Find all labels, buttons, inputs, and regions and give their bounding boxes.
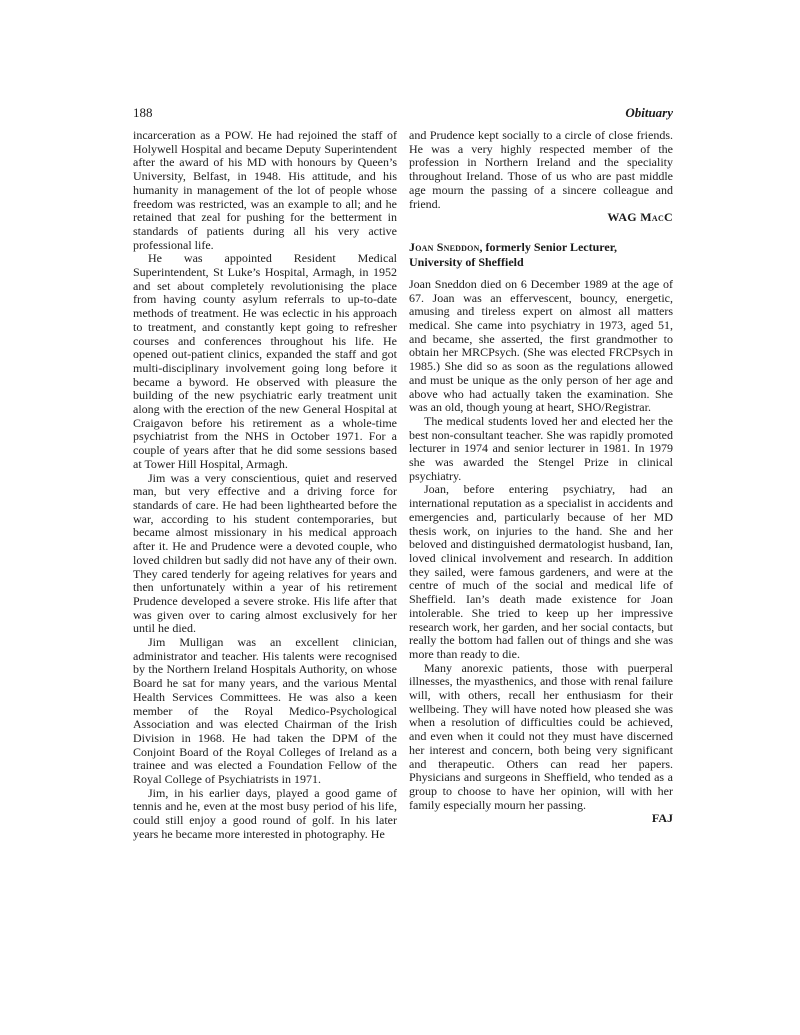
right-column: and Prudence kept socially to a circle o… xyxy=(409,129,673,842)
obituary-heading-affiliation: University of Sheffield xyxy=(409,255,673,270)
obituary-paragraph: Joan, before entering psychiatry, had an… xyxy=(409,483,673,661)
obituary-heading-name: Joan Sneddon xyxy=(409,240,480,254)
obituary-paragraph: Jim was a very conscientious, quiet and … xyxy=(133,472,397,636)
obituary-heading: Joan Sneddon, formerly Senior Lecturer, … xyxy=(409,240,673,270)
obituary-paragraph: incarceration as a POW. He had rejoined … xyxy=(133,129,397,252)
obituary-paragraph: Jim, in his earlier days, played a good … xyxy=(133,787,397,842)
running-header: 188 Obituary xyxy=(133,106,673,120)
left-column: incarceration as a POW. He had rejoined … xyxy=(133,129,397,842)
journal-page: 188 Obituary incarceration as a POW. He … xyxy=(0,0,800,1035)
obituary-paragraph: Joan Sneddon died on 6 December 1989 at … xyxy=(409,278,673,415)
running-head-title: Obituary xyxy=(625,106,673,120)
obituary-paragraph: The medical students loved her and elect… xyxy=(409,415,673,484)
obituary-heading-suffix: , formerly Senior Lecturer, xyxy=(480,240,617,254)
obituary-paragraph: He was appointed Resident Medical Superi… xyxy=(133,252,397,471)
page-number: 188 xyxy=(133,106,153,120)
obituary-paragraph: Many anorexic patients, those with puerp… xyxy=(409,662,673,813)
page-content: 188 Obituary incarceration as a POW. He … xyxy=(133,106,673,842)
obituary-paragraph: Jim Mulligan was an excellent clinician,… xyxy=(133,636,397,787)
author-signature-wag: WAG MacC xyxy=(409,211,673,225)
obituary-closing-paragraph: and Prudence kept socially to a circle o… xyxy=(409,129,673,211)
signature-text: WAG MacC xyxy=(607,210,673,224)
two-column-body: incarceration as a POW. He had rejoined … xyxy=(133,129,673,842)
author-signature-faj: FAJ xyxy=(409,812,673,826)
